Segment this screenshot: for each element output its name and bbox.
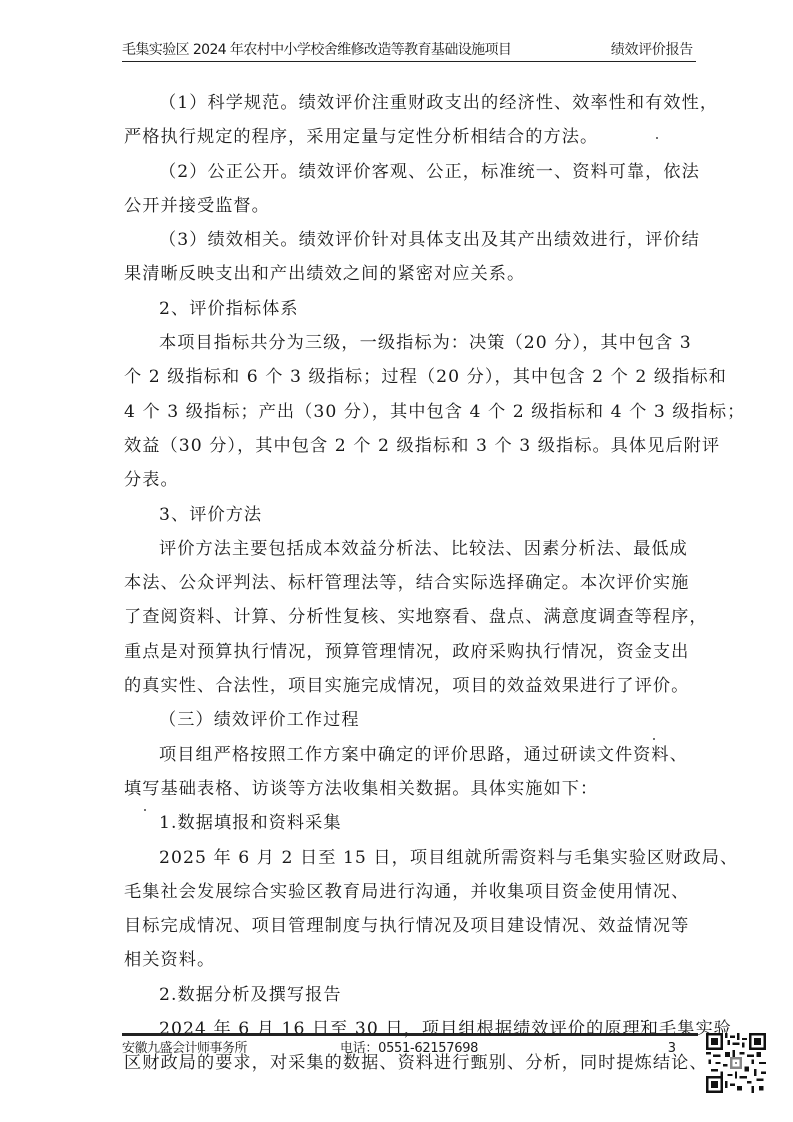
page-number: 3	[668, 1040, 676, 1058]
footer-phone: 电话：0551-62157698	[340, 1040, 478, 1058]
body-text-line: 填写基础表格、访谈等方法收集相关数据。具体实施如下：	[124, 772, 689, 806]
body-text-line: 严格执行规定的程序，采用定量与定性分析相结合的方法。	[124, 120, 689, 154]
body-text-line: 了查阅资料、计算、分析性复核、实地察看、盘点、满意度调查等程序，	[124, 600, 689, 634]
body-text-line: 1.数据填报和资料采集	[124, 806, 689, 840]
body-text-line: 4 个 3 级指标；产出（30 分），其中包含 4 个 2 级指标和 4 个 3…	[124, 395, 689, 429]
body-text-line: 项目组严格按照工作方案中确定的评价思路，通过研读文件资料、	[124, 738, 689, 772]
body-text-line: 2、评价指标体系	[124, 292, 689, 326]
body-text-line: 3、评价方法	[124, 498, 689, 532]
page-footer: 安徽九盛会计师事务所 电话：0551-62157698 3	[122, 1040, 682, 1060]
body-text-line: （1）科学规范。绩效评价注重财政支出的经济性、效率性和有效性，	[124, 86, 689, 120]
footer-organization: 安徽九盛会计师事务所	[122, 1040, 247, 1058]
header-report-type: 绩效评价报告	[611, 40, 693, 60]
body-text-line: 果清晰反映支出和产出绩效之间的紧密对应关系。	[124, 257, 689, 291]
scan-speck	[653, 738, 655, 740]
body-text-line: 毛集社会发展综合实验区教育局进行沟通，并收集项目资金使用情况、	[124, 875, 689, 909]
body-text-line: 的真实性、合法性，项目实施完成情况，项目的效益效果进行了评价。	[124, 669, 689, 703]
header-project-title: 毛集实验区 2024 年农村中小学校舍维修改造等教育基础设施项目	[122, 40, 511, 60]
footer-divider	[122, 1033, 698, 1036]
scan-speck	[656, 137, 658, 139]
body-text-line: 2.数据分析及撰写报告	[124, 978, 689, 1012]
body-text-line: 效益（30 分），其中包含 2 个 2 级指标和 3 个 3 级指标。具体见后附…	[124, 429, 689, 463]
qr-code-icon	[706, 1033, 766, 1093]
body-text-line: 本项目指标共分为三级，一级指标为：决策（20 分），其中包含 3	[124, 326, 689, 360]
body-text-line: （3）绩效相关。绩效评价针对具体支出及其产出绩效进行，评价结	[124, 223, 689, 257]
scan-speck	[144, 809, 146, 811]
body-text-line: 公开并接受监督。	[124, 189, 689, 223]
body-text-line: 本法、公众评判法、标杆管理法等，结合实际选择确定。本次评价实施	[124, 566, 689, 600]
body-text-line: 评价方法主要包括成本效益分析法、比较法、因素分析法、最低成	[124, 532, 689, 566]
body-text-line: 相关资料。	[124, 943, 689, 977]
scan-speck	[641, 1020, 643, 1022]
body-text-line: （2）公正公开。绩效评价客观、公正，标准统一、资料可靠，依法	[124, 155, 689, 189]
body-text-line: 目标完成情况、项目管理制度与执行情况及项目建设情况、效益情况等	[124, 909, 689, 943]
body-text-line: 分表。	[124, 463, 689, 497]
body-text-line: （三）绩效评价工作过程	[124, 703, 689, 737]
body-text-line: 重点是对预算执行情况，预算管理情况，政府采购执行情况，资金支出	[124, 635, 689, 669]
body-text-line: 个 2 级指标和 6 个 3 级指标；过程（20 分），其中包含 2 个 2 级…	[124, 360, 689, 394]
page-header: 毛集实验区 2024 年农村中小学校舍维修改造等教育基础设施项目 绩效评价报告	[122, 40, 696, 62]
body-text-line: 2025 年 6 月 2 日至 15 日，项目组就所需资料与毛集实验区财政局、	[124, 841, 689, 875]
document-body: （1）科学规范。绩效评价注重财政支出的经济性、效率性和有效性，严格执行规定的程序…	[124, 86, 689, 1081]
